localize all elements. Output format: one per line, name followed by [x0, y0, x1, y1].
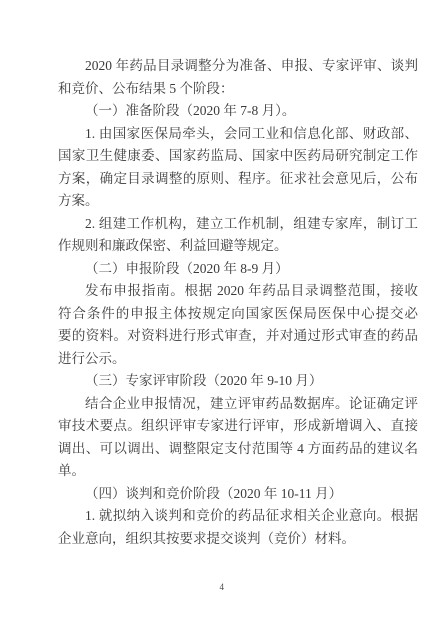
text-line: 和竞价、公布结果 5 个阶段：: [58, 78, 418, 101]
text-line: 国家卫生健康委、国家药监局、国家中医药局研究制定工作: [58, 145, 418, 168]
text-line: 1. 由国家医保局牵头，会同工业和信息化部、财政部、: [58, 123, 418, 146]
text-line: 方案。: [58, 190, 418, 213]
text-line: 审技术要点。组织评审专家进行评审，形成新增调入、直接: [58, 415, 418, 438]
text-line: 发布申报指南。根据 2020 年药品目录调整范围，接收: [58, 280, 418, 303]
text-line: 方案，确定目录调整的原则、程序。征求社会意见后，公布: [58, 168, 418, 191]
text-line: （一）准备阶段（2020 年 7-8 月）。: [58, 100, 418, 123]
document-page: 2020 年药品目录调整分为准备、申报、专家评审、谈判和竞价、公布结果 5 个阶…: [0, 0, 444, 631]
text-line: 单。: [58, 460, 418, 483]
text-line: 符合条件的申报主体按规定向国家医保局医保中心提交必: [58, 303, 418, 326]
text-line: 要的资料。对资料进行形式审查，并对通过形式审查的药品: [58, 325, 418, 348]
page-number: 4: [0, 582, 444, 592]
text-line: 2. 组建工作机构，建立工作机制，组建专家库，制订工: [58, 213, 418, 236]
text-line: 调出、可以调出、调整限定支付范围等 4 方面药品的建议名: [58, 438, 418, 461]
text-line: 2020 年药品目录调整分为准备、申报、专家评审、谈判: [58, 55, 418, 78]
document-body: 2020 年药品目录调整分为准备、申报、专家评审、谈判和竞价、公布结果 5 个阶…: [58, 55, 418, 550]
text-line: 进行公示。: [58, 348, 418, 371]
text-line: 1. 就拟纳入谈判和竞价的药品征求相关企业意向。根据: [58, 505, 418, 528]
text-line: （四）谈判和竞价阶段（2020 年 10-11 月）: [58, 483, 418, 506]
text-line: 结合企业申报情况，建立评审药品数据库。论证确定评: [58, 393, 418, 416]
text-line: 作规则和廉政保密、利益回避等规定。: [58, 235, 418, 258]
text-line: （三）专家评审阶段（2020 年 9-10 月）: [58, 370, 418, 393]
text-line: （二）申报阶段（2020 年 8-9 月）: [58, 258, 418, 281]
text-line: 企业意向，组织其按要求提交谈判（竞价）材料。: [58, 528, 418, 551]
